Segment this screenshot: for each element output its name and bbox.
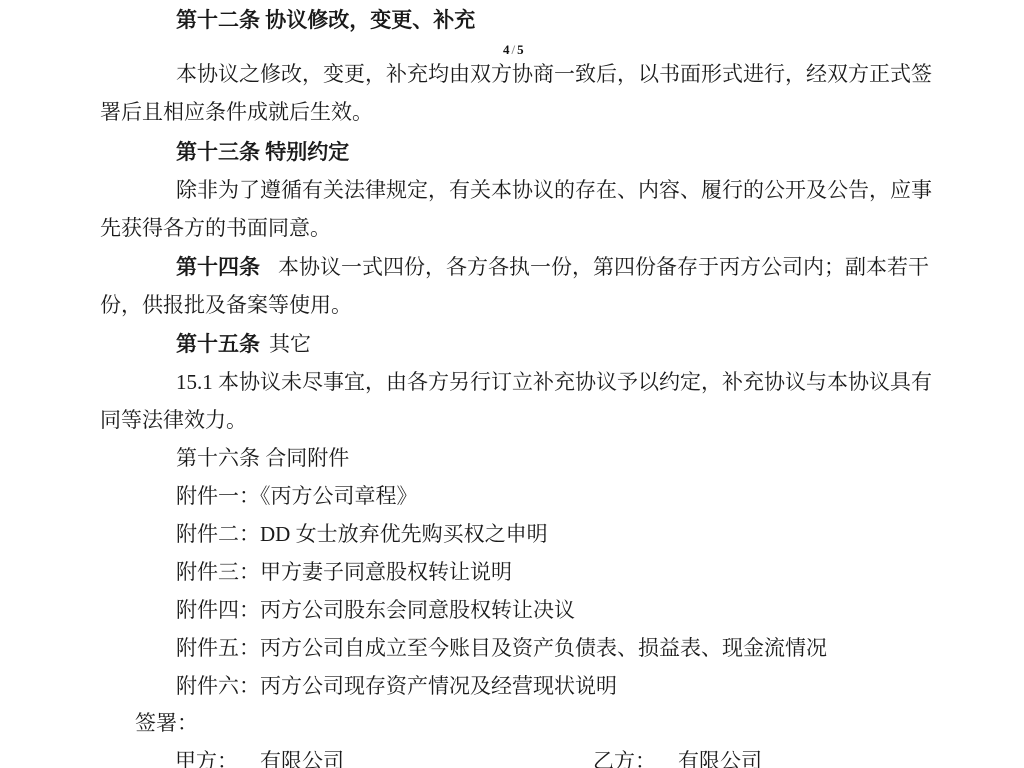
article-15-number: 第十五条: [176, 332, 260, 356]
article-15-title: 其它: [269, 331, 311, 357]
party-a-name: 有限公司: [260, 748, 344, 768]
party-b-label: 乙方：: [593, 749, 656, 768]
party-a-label: 甲方：: [175, 749, 238, 768]
page-number-indicator: 4/5: [503, 42, 524, 57]
article-15-clause-line-1: 15.1 本协议未尽事宜，由各方另行订立补充协议予以约定，补充协议与本协议具有: [176, 369, 932, 395]
article-14-body-line-2: 份，供报批及备案等使用。: [100, 292, 352, 318]
article-13-body-line-2: 先获得各方的书面同意。: [100, 215, 331, 241]
party-b-name: 有限公司: [678, 748, 762, 768]
page-number-total: 5: [517, 42, 524, 57]
article-15-heading: 第十五条其它: [176, 331, 311, 357]
page-number-separator: /: [510, 42, 518, 57]
article-15-clause-line-2: 同等法律效力。: [100, 407, 247, 433]
article-13-body-line-1: 除非为了遵循有关法律规定，有关本协议的存在、内容、履行的公开及公告，应事: [176, 177, 932, 203]
attachment-item-3: 附件三：甲方妻子同意股权转让说明: [176, 559, 512, 585]
attachment-item-6: 附件六：丙方公司现存资产情况及经营现状说明: [176, 673, 617, 699]
attachment-item-1: 附件一：《丙方公司章程》: [176, 483, 418, 509]
attachment-item-4: 附件四：丙方公司股东会同意股权转让决议: [176, 597, 575, 623]
article-13-heading: 第十三条 特别约定: [176, 139, 349, 165]
article-14-line-1: 第十四条本协议一式四份，各方各执一份，第四份备存于丙方公司内；副本若干: [176, 254, 929, 280]
party-b-line: 乙方：有限公司: [593, 748, 762, 768]
attachment-item-5: 附件五：丙方公司自成立至今账目及资产负债表、损益表、现金流情况: [176, 635, 827, 661]
article-14-number: 第十四条: [176, 255, 260, 279]
article-12-body-line-1: 本协议之修改，变更，补充均由双方协商一致后，以书面形式进行，经双方正式签: [176, 61, 932, 87]
document-page: 第十二条 协议修改，变更、补充 4/5 本协议之修改，变更，补充均由双方协商一致…: [0, 0, 1024, 768]
article-14-body-line-1: 本协议一式四份，各方各执一份，第四份备存于丙方公司内；副本若干: [278, 254, 929, 280]
page-number-current: 4: [503, 42, 510, 57]
article-12-body-line-2: 署后且相应条件成就后生效。: [100, 99, 373, 125]
article-16-heading: 第十六条 合同附件: [176, 445, 349, 471]
signature-label: 签署：: [135, 710, 198, 736]
attachment-item-2: 附件二：DD 女士放弃优先购买权之申明: [176, 521, 548, 547]
article-12-heading: 第十二条 协议修改，变更、补充: [176, 7, 475, 33]
party-a-line: 甲方：有限公司: [175, 748, 344, 768]
